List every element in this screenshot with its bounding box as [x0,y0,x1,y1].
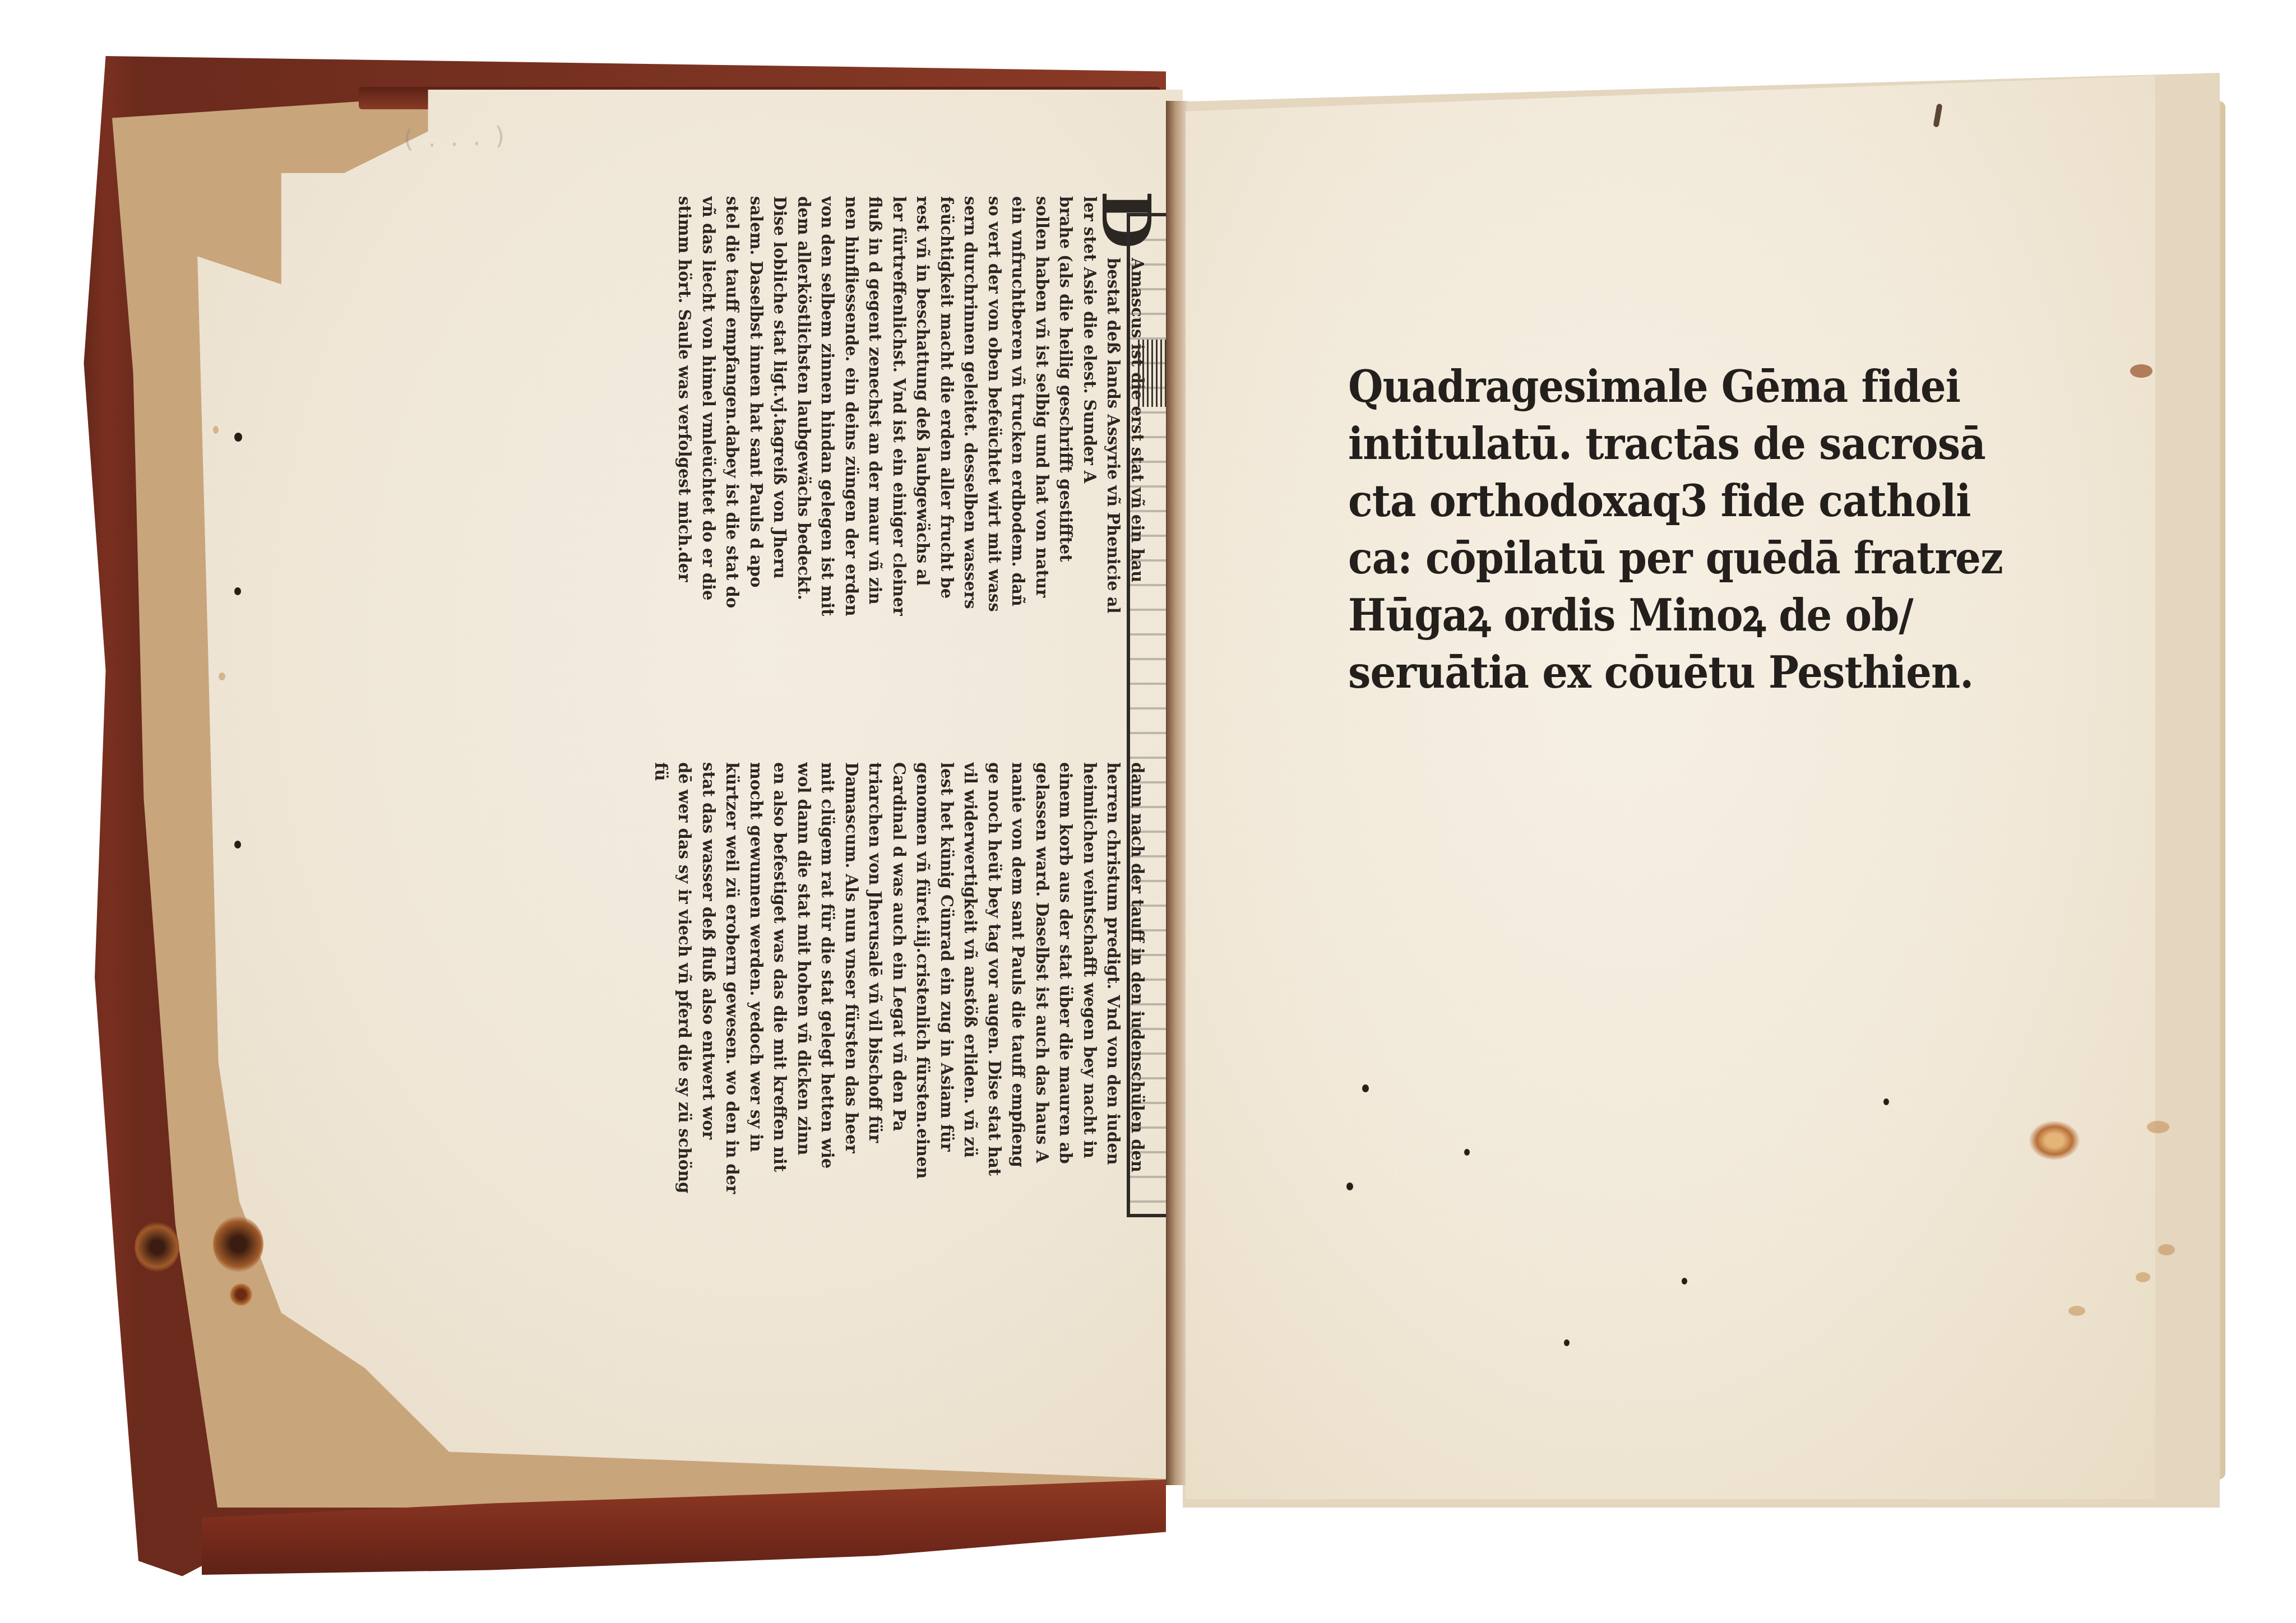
text-line: herren christum predigt. Vnd von den iud… [1101,762,1126,1233]
text-line: nanie von dem sant Pauls die tauff empfi… [1006,762,1030,1233]
title-line: ca: cōpilatū per quēdā fratrez [1348,530,1905,587]
text-line: brahe (als die heilig geschrifft gestiff… [1054,196,1078,796]
text-line: gelassen ward. Daselbst ist auch das hau… [1030,762,1054,1233]
text-line: heimlichen veintschafft wegen bey nacht … [1078,762,1102,1233]
text-line: genomen vñ füret.iij.cristenlich fürsten… [911,762,935,1233]
text-line: bestat deß lands Assyrie vñ Phenicie al [1101,258,1126,796]
text-line: triarchen von Jherusalē vñ vil bischoff … [863,762,887,1233]
text-line: ein vnfruchtberen vñ trucken erdbodem. d… [1006,196,1030,796]
text-line: salem. Daselbst innen hat sant Pauls d a… [744,196,769,796]
right-page-paper [1186,76,2155,1499]
wormhole [234,587,241,595]
title-line: cta orthodoxaq3 fide catholi [1348,473,1905,530]
wormhole [1346,1183,1353,1190]
text-line: dē wer das sy ir viech vñ pferd die sy z… [673,762,697,1233]
rust-stain [213,1216,263,1272]
text-line: sern durchrinnen geleitet. desselben was… [959,196,983,796]
foxing-spot [219,673,225,680]
foxing-spot [2158,1244,2175,1255]
text-line: ge noch heüt bey tag vor augen. Dise sta… [983,762,1007,1233]
title-line: intitulatū. tractās de sacrosā [1348,416,1905,473]
text-line: einem korb aus der stat über die mauren … [1054,762,1078,1233]
foxing-spot [2147,1121,2169,1133]
wormhole [1362,1084,1369,1092]
text-line: Cardinal d was auch ein Legat vñ den Pa [887,762,911,1233]
text-line: Dise lobliche stat ligt.vj.tagreiß von J… [768,196,792,796]
text-line: Damascum. Als nun vnser fürsten das heer [840,762,864,1233]
faint-pencil-annotation: ( . . . ) [403,122,508,154]
title-page-text: Quadragesimale Gēma fidei intitulatū. tr… [1348,359,1954,702]
foxing-spot [2130,364,2152,378]
foxing-spot [2068,1306,2085,1316]
text-line: von den selbem zinnen hindan gelegen ist… [816,196,840,796]
text-line: stel die tauff empfangen.dabey ist die s… [720,196,744,796]
text-line: ler stet Asie die elest. Sunder A [1078,196,1102,796]
text-line: wol dann die stat mit hohen vñ dicken zi… [792,762,816,1233]
title-line: Hūgaꝝ ordis Minoꝝ de ob/ [1348,587,1905,644]
wormhole [1564,1339,1570,1346]
text-line: fü [649,762,673,1233]
wormhole [234,433,242,442]
text-line: en also befestiget was das die mit kreff… [768,762,792,1233]
text-line: dem allerköstlichsten laubgewächs bedeck… [792,196,816,796]
german-text-block: D Amascus ist die erst stat vñ ein hau b… [504,196,1149,1233]
foxing-spot [2136,1272,2150,1282]
book-photograph: ( . . . ) D Amascus ist die erst stat vñ… [0,0,2296,1623]
text-line: rest vñ in beschattung deß laubgewächs a… [911,196,935,796]
text-line: so vert der von oben befeüchtet wirt mit… [983,196,1007,796]
title-line: Quadragesimale Gēma fidei [1348,359,1905,416]
text-line: nen hinfliessende. ein deins züngen der … [840,196,864,796]
gutter [1166,101,1188,1485]
text-line: feüchtigkeit macht die erden aller fruch… [935,196,959,796]
german-column-1: Amascus ist die erst stat vñ ein hau bes… [673,196,1149,796]
german-column-2: dann nach der tauff in den iudenschülen … [649,762,1150,1233]
text-line: ler fürtreffenlichst. Vnd ist ein einige… [887,196,911,796]
foxing-spot [213,426,219,434]
text-line: kürtzer weil zü erobern gewesen. wo den … [720,762,744,1233]
text-line: vñ das liecht von himel vmleüchtet do er… [697,196,721,796]
wormhole [1464,1149,1470,1156]
text-line: mocht gewunnen werden. yedoch wer sy in [744,762,769,1233]
text-line: lest het künig Cünrad ein zug in Asiam f… [935,762,959,1233]
text-line: fluß in d gegent zenechst an der maur vñ… [863,196,887,796]
foxing-stain [2029,1121,2080,1160]
wormhole [1883,1098,1889,1105]
rust-stain [135,1222,179,1272]
text-line: sollen haben vñ ist selbig und hat von n… [1030,196,1054,796]
rust-stain [230,1283,252,1306]
text-line: stat das wasser deß fluß also entwert wo… [697,762,721,1233]
text-line: stimm hört. Saule was verfolgest mich.de… [673,196,697,796]
title-line: seruātia ex cōuētu Pesthien. [1348,644,1905,702]
wormhole [234,841,241,848]
text-line: mit clügem rat für die stat gelegt hette… [816,762,840,1233]
text-line: vil widerwertigkeit vñ anstöß erliden. v… [959,762,983,1233]
wormhole [1682,1278,1687,1285]
